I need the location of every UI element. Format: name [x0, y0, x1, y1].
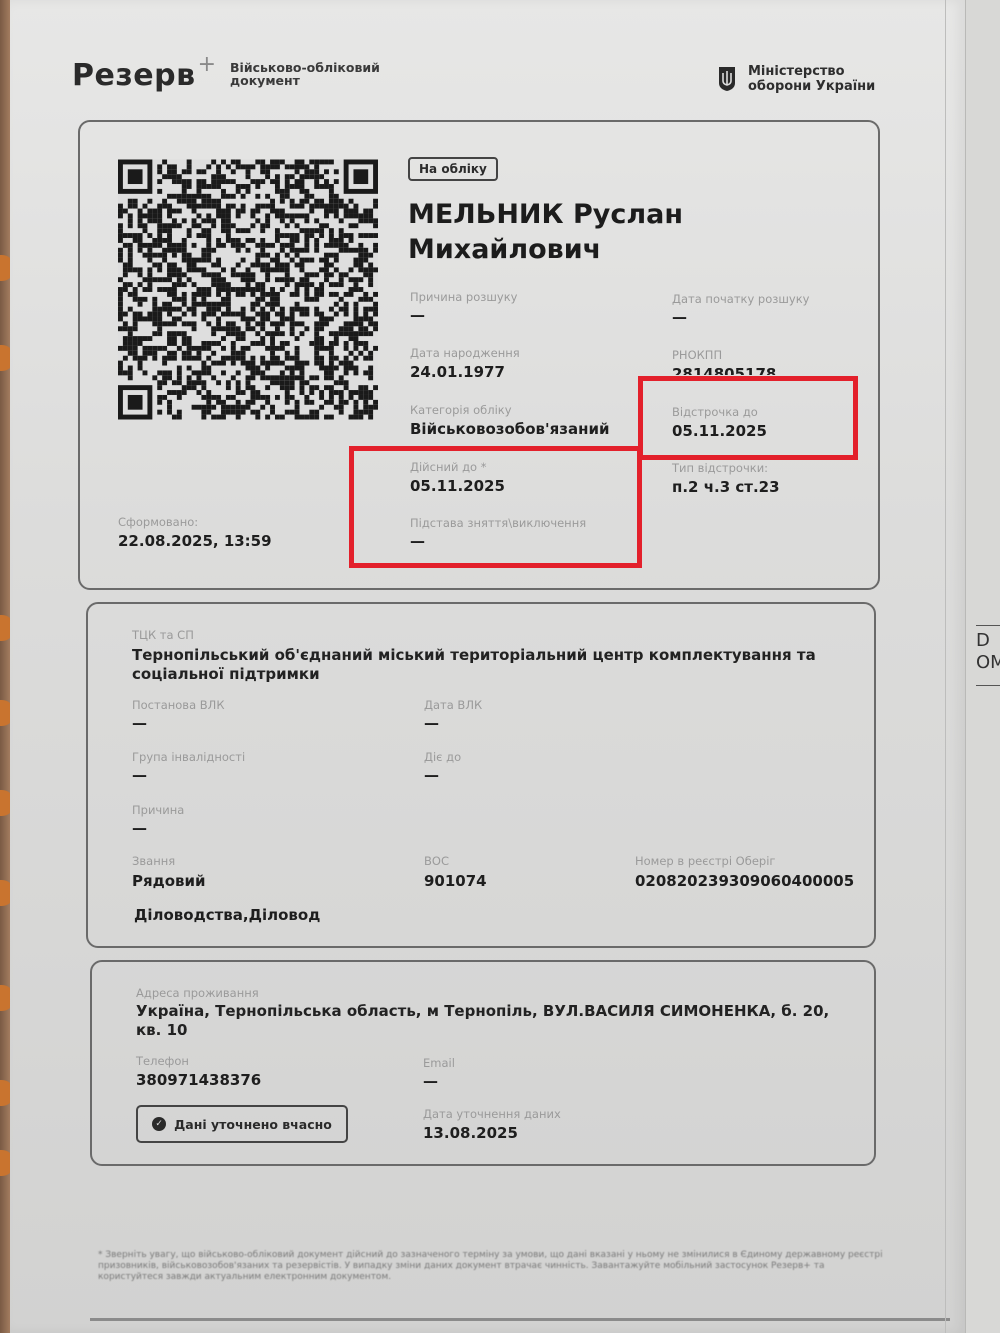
highlight-deferment: [638, 376, 858, 460]
vlk-date-label: Дата ВЛК: [424, 698, 482, 712]
phone-label: Телефон: [136, 1054, 189, 1068]
ministry-name: Міністерство оборони України: [748, 64, 888, 94]
qr-code: [118, 157, 378, 422]
vlk-decision-value: —: [132, 714, 147, 732]
tcc-label: ТЦК та СП: [132, 628, 194, 642]
disability-group-value: —: [132, 766, 147, 784]
background-sheet-text: DOM: [976, 625, 1000, 686]
rank-value: Рядовий: [132, 872, 206, 890]
birth-date-value: 24.01.1977: [410, 363, 505, 381]
data-confirmed-label: Дані уточнено вчасно: [174, 1117, 332, 1132]
search-start-date-label: Дата початку розшуку: [672, 292, 809, 306]
oberig-number-value: 020820239309060400005: [635, 872, 854, 890]
search-start-date-value: —: [672, 308, 687, 326]
tcc-card: ТЦК та СП Тернопільський об'єднаний місь…: [86, 602, 876, 948]
valid-to-label: Діє до: [424, 750, 461, 764]
trident-shield-icon: [718, 66, 736, 92]
update-date-label: Дата уточнення даних: [423, 1107, 561, 1121]
bottom-rule: [90, 1318, 950, 1321]
brand-name: Резерв: [72, 58, 196, 93]
tcc-value: Тернопільський об'єднаний міський терито…: [132, 646, 832, 684]
highlight-valid-until: [349, 446, 642, 568]
brand-subtitle: Військово-обліковий документ: [230, 61, 390, 87]
address-value: Україна, Тернопільська область, м Терноп…: [136, 1002, 856, 1040]
address-label: Адреса проживання: [136, 986, 259, 1000]
birth-date-label: Дата народження: [410, 346, 520, 360]
specialty-value: Діловодства,Діловод: [134, 906, 320, 924]
deferment-type-value: п.2 ч.3 ст.23: [672, 478, 780, 496]
update-date-value: 13.08.2025: [423, 1124, 518, 1142]
vlk-date-value: —: [424, 714, 439, 732]
vos-label: ВОС: [424, 854, 449, 868]
phone-value: 380971438376: [136, 1071, 261, 1089]
oberig-number-label: Номер в реєстрі Оберіг: [635, 854, 775, 868]
tax-id-label: РНОКПП: [672, 348, 722, 362]
reason-value: —: [132, 819, 147, 837]
check-circle-icon: ✓: [152, 1117, 166, 1131]
search-reason-value: —: [410, 306, 425, 324]
email-label: Email: [423, 1056, 455, 1070]
background-sheet: DOM: [965, 0, 1000, 1333]
vlk-decision-label: Постанова ВЛК: [132, 698, 225, 712]
category-value: Військовозобов'язаний: [410, 420, 609, 438]
category-label: Категорія обліку: [410, 403, 512, 417]
deferment-type-label: Тип відстрочки:: [672, 461, 768, 475]
generated-value: 22.08.2025, 13:59: [118, 532, 272, 550]
status-badge: На обліку: [408, 157, 498, 181]
disability-group-label: Група інвалідності: [132, 750, 245, 764]
full-name: МЕЛЬНИК Руслан Михайлович: [408, 197, 828, 267]
email-value: —: [423, 1072, 438, 1090]
brand-logo: Резерв + Військово-обліковий документ: [72, 58, 390, 93]
reason-label: Причина: [132, 803, 184, 817]
vos-value: 901074: [424, 872, 487, 890]
tax-id-value: 2814805178: [672, 365, 776, 375]
generated-label: Сформовано:: [118, 515, 198, 529]
footnote: * Зверніть увагу, що військово-обліковий…: [98, 1250, 888, 1283]
document-page: Резерв + Військово-обліковий документ Мі…: [10, 0, 965, 1333]
search-reason-label: Причина розшуку: [410, 290, 517, 304]
contact-card: Адреса проживання Україна, Тернопільська…: [90, 960, 876, 1166]
rank-label: Звання: [132, 854, 175, 868]
data-confirmed-badge: ✓ Дані уточнено вчасно: [136, 1105, 348, 1143]
valid-to-value: —: [424, 766, 439, 784]
brand-plus: +: [198, 52, 216, 77]
ministry-logo: Міністерство оборони України: [718, 64, 888, 94]
